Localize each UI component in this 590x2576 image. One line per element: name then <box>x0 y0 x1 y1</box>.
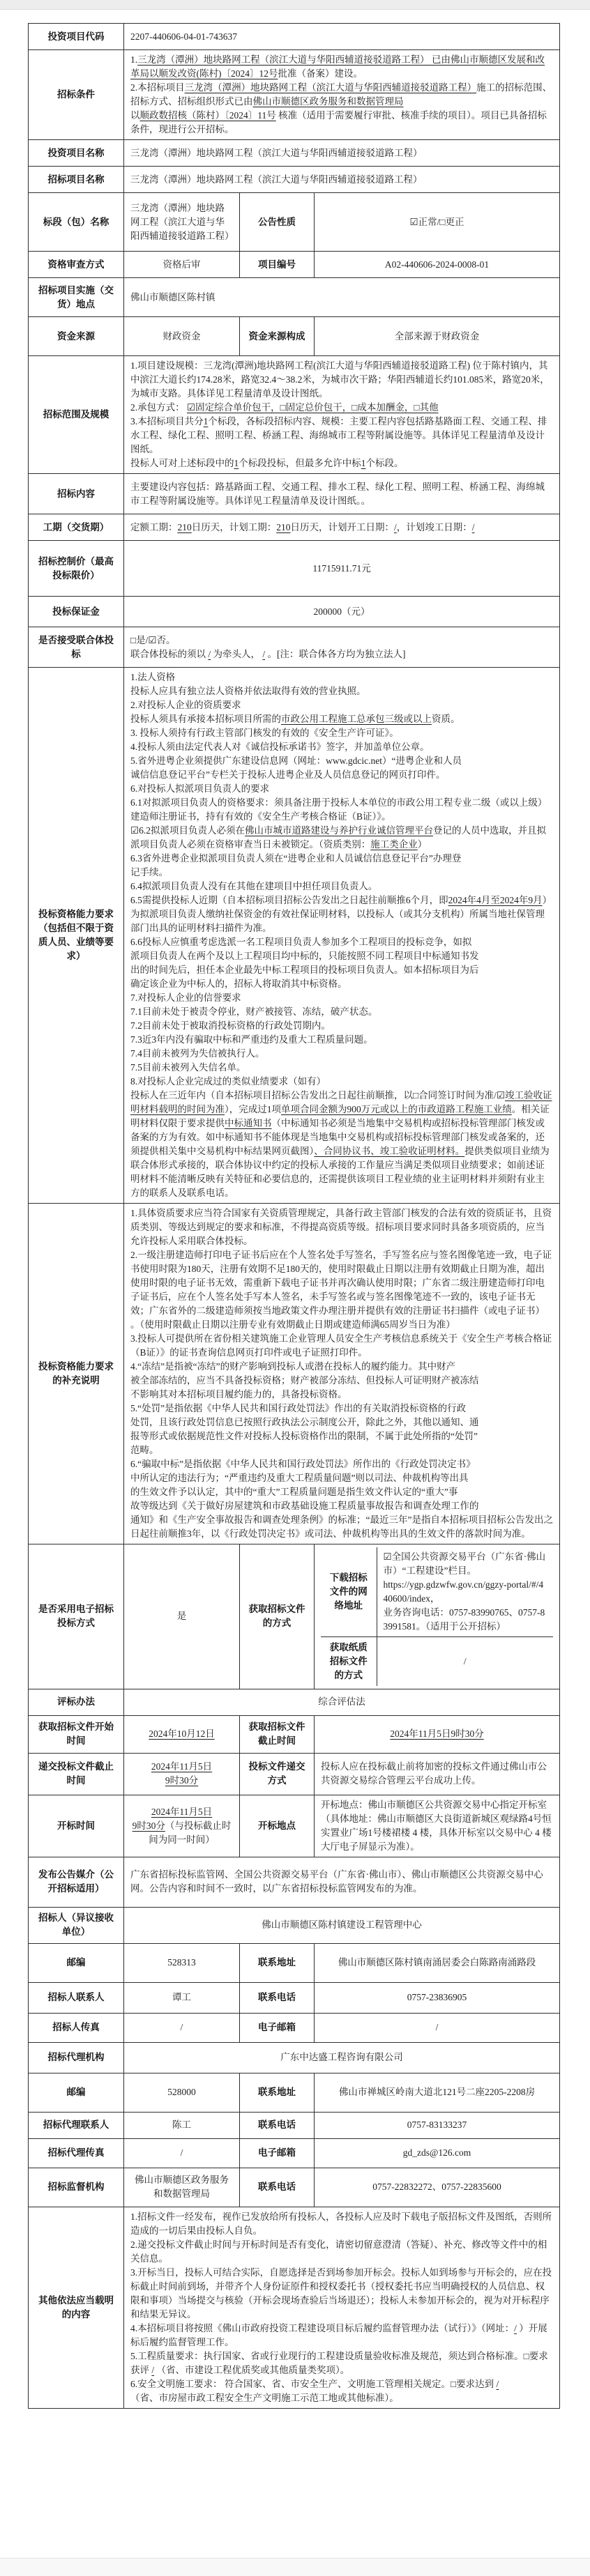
nested-table: 下载招标文件的网络地址☑全国公共资源交易平台（广东省·佛山市）“工程建设”栏目。… <box>321 1547 553 1686</box>
text-segment: 广东省招标投标监管网、全国公共资源交易平台（广东省·佛山市）、佛山市顺德区公共资… <box>130 1869 543 1894</box>
text-segment: 业务咨询电话：0757-83990765、0757-83991581。（适用于公… <box>384 1607 545 1632</box>
row-value: 谭工 <box>124 1982 240 2013</box>
row-label: 项目编号 <box>240 252 315 278</box>
paragraph: 不影响其对本招标项目履约能力的，具备投标资格。 <box>130 1388 553 1402</box>
text-segment: 派项目负责人在两个及以上工程项目均中标的，只能按照不同工程项目中标通知书发 <box>130 951 479 961</box>
label-text: 招标代理联系人 <box>43 2119 109 2130</box>
text-segment: ☑6.2拟派项目负责人必须在 <box>130 825 245 836</box>
text-segment: 佛山市顺德区陈村镇南涌居委会白陈路南涌路段 <box>338 1957 536 1968</box>
paragraph: 528000 <box>130 2085 233 2099</box>
row-label: 评标办法 <box>29 1689 124 1715</box>
table-row-tenderer-contact: 招标人联系人谭工联系电话0757-23836905 <box>29 1982 560 2013</box>
row-label: 招标人（异议接收单位） <box>29 1907 124 1943</box>
underlined-text-segment: 中标通知书 <box>225 1118 272 1128</box>
row-label: 开标地点 <box>240 1795 315 1857</box>
underlined-text-segment: 9时30分 <box>133 1820 165 1831</box>
underlined-text-segment: 佛山市城市道路建设与养护行业诚信管理平台 <box>245 825 433 836</box>
paragraph: 确定该企业为中标人的，招标人将取消其中标资格。 <box>130 977 553 991</box>
text-segment: 投标人须具有承接本招标项目所需的 <box>130 714 281 724</box>
table-row-tender-control-price: 招标控制价（最高投标限价）11715911.71元 <box>29 541 560 597</box>
paragraph: 4.“冻结”是指被“冻结”的财产影响到投标人或潜在投标人的履约能力。其中财产 <box>130 1360 553 1374</box>
text-segment: 故等级达到《关于做好房屋建筑和市政基础设施工程质量事故报告和调查处理工作的 <box>130 1501 479 1511</box>
underlined-text-segment: 2024年10月12日 <box>149 1728 215 1739</box>
row-label: 招标监督机构 <box>29 2168 124 2207</box>
text-segment: 8.对投标人企业完成过的类似业绩要求（如有） <box>130 1076 326 1087</box>
text-segment: 开标地点：佛山市顺德区公共资源交易中心指定开标室（具体地址：佛山市顺德区大良街道… <box>321 1800 552 1852</box>
row-value: 开标地点：佛山市顺德区公共资源交易中心指定开标室（具体地址：佛山市顺德区大良街道… <box>315 1795 560 1857</box>
paragraph: 2.承包方式： ☑固定综合单价包干，□固定总价包干，□成本加酬金，□其他 <box>130 401 553 415</box>
underlined-text-segment: / <box>497 2379 499 2389</box>
paragraph: 故等级达到《关于做好房屋建筑和市政基础设施工程质量事故报告和调查处理工作的 <box>130 1499 553 1513</box>
label-text: 招标人联系人 <box>48 1992 105 2002</box>
paragraph: 5.工程质量要求：执行国家、省或行业现行的工程建设质量验收标准及规范，须达到合格… <box>130 2349 553 2377</box>
text-segment: 个标段投标，但最多允许中标 <box>239 458 361 468</box>
paragraph: 业务咨询电话：0757-83990765、0757-83991581。（适用于公… <box>384 1606 547 1634</box>
paragraph: 3. 投标人须持有行政主管部门核发的有效的《安全生产许可证》。 <box>130 726 553 740</box>
paragraph: 诚信信息登记平台”专栏关于投标人进粤企业及人员信息登记的网页打印件。 <box>130 768 553 782</box>
text-segment: 主要建设内容包括：路基路面工程、交通工程、排水工程、绿化工程、照明工程、桥涵工程… <box>130 482 545 506</box>
paragraph: 11715911.71元 <box>130 562 553 576</box>
row-label: 联系地址 <box>240 1943 315 1982</box>
table-row-qualification-review-method: 资格审查方式资格后审项目编号A02-440606-2024-0008-01 <box>29 252 560 278</box>
text-segment: 全部来源于财政资金 <box>395 331 480 342</box>
paragraph: 7.4目前未被列为失信被执行人。 <box>130 1047 553 1061</box>
paragraph: 2024年11月5日 <box>130 1760 233 1774</box>
row-label: 招标内容 <box>29 474 124 514</box>
row-label: 联系电话 <box>240 2112 315 2138</box>
text-segment: 1.法人资格 <box>130 672 175 682</box>
underlined-text-segment: 210 <box>178 522 192 532</box>
nested-row: 获取纸质招标文件的方式/ <box>321 1637 553 1686</box>
underlined-text-segment: 顺政数招核（陈村）〔2024〕11号 <box>140 110 276 121</box>
table-row-tender-agency: 招标代理机构广东中达盛工程咨询有限公司 <box>29 2042 560 2073</box>
text-segment: 3. 投标人须持有行政主管部门核发的有效的《安全生产许可证》。 <box>130 728 399 738</box>
table-row-tenderer-fax: 招标人传真/电子邮箱/ <box>29 2013 560 2042</box>
table-row-tender-project-name: 招标项目名称三龙湾（潭洲）地块路网工程（滨江大道与华阳西辅道接驳道路工程） <box>29 167 560 193</box>
text-segment: 1. <box>130 54 137 65</box>
row-value: 1.三龙湾（潭洲）地块路网工程（滨江大道与华阳西辅道接驳道路工程） 已由佛山市顺… <box>124 50 560 140</box>
text-segment: 三龙湾（潭洲）地块路网工程（滨江大道与华阳西辅道接驳道路工程） <box>130 148 423 158</box>
text-segment: 6.6投标人应慎重考虑选派一名工程项目负责人参加多个工程项目的投标竞争，如拟 <box>130 937 471 947</box>
tender-announcement-page: 投资项目代码2207-440606-04-01-743637招标条件1.三龙湾（… <box>0 0 590 2576</box>
row-value: 0757-83133237 <box>315 2112 560 2138</box>
paragraph: 3.投标人可提供所在省份相关建筑施工企业管理人员安全生产考核信息系统关于《安全生… <box>130 1332 553 1360</box>
table-row-tenderer: 招标人（异议接收单位）佛山市顺德区陈村镇建设工程管理中心 <box>29 1907 560 1943</box>
text-segment: 3.本招标项目共分 <box>130 416 204 427</box>
text-segment: 2.本招标项目 <box>130 82 185 93</box>
paragraph: 派项目负责人在两个及以上工程项目均中标的，只能按照不同工程项目中标通知书发 <box>130 949 553 963</box>
text-segment: 11715911.71元 <box>312 563 370 574</box>
label-text: 招标代理机构 <box>48 2052 105 2062</box>
paragraph: 6.对投标人拟派项目负责人的要求 <box>130 782 553 796</box>
table-row-tender-scope-scale: 招标范围及规模1.项目建设规模：三龙湾(潭洲)地块路网工程(滨江大道与华阳西辅道… <box>29 356 560 474</box>
text-segment: 个标段。 <box>366 458 404 468</box>
text-segment: 以 <box>130 110 140 121</box>
row-label: 招标人联系人 <box>29 1982 124 2013</box>
row-label: 投资项目名称 <box>29 140 124 167</box>
text-segment: ），完成过1项 <box>225 1104 281 1114</box>
table-row-section-package-name: 标段（包）名称三龙湾（潭洲）地块路网工程（滨江大道与华阳西辅道接驳道路工程）公告… <box>29 193 560 252</box>
paragraph: 2.本招标项目三龙湾（潭洲）地块路网工程（滨江大道与华阳西辅道接驳道路工程）施工… <box>130 81 553 109</box>
row-value: 广东省招标投标监管网、全国公共资源交易平台（广东省·佛山市）、佛山市顺德区公共资… <box>124 1857 560 1907</box>
row-value: 528313 <box>124 1943 240 1982</box>
row-label: 资格审查方式 <box>29 252 124 278</box>
text-segment: 日历天，计划工期： <box>192 522 277 532</box>
text-segment: 5.“处罚”是指依据《中华人民共和国行政处罚法》作出的有关取消投标资格的行政 <box>130 1403 466 1413</box>
text-segment: 1.项目建设规模：三龙湾(潭洲)地块路网工程(滨江大道与华阳西辅道接驳道路工程)… <box>130 360 550 399</box>
underlined-text-segment: 、合同协议书、竣工验收证明材料。 <box>314 1146 464 1156</box>
paragraph: 6.4拟派项目负责人没有在其他在建项目中担任项目负责人。 <box>130 880 553 894</box>
row-value: 11715911.71元 <box>124 541 560 597</box>
label-text: 资金来源 <box>57 331 95 342</box>
label-text: 电子邮箱 <box>258 2022 296 2032</box>
text-segment: 的生效文件予以认定，其中的“重大”工程质量问题是指生效文件认定的“重大”事 <box>130 1487 457 1497</box>
row-label: 标段（包）名称 <box>29 193 124 252</box>
paragraph: 三龙湾（潭洲）地块路网工程（滨江大道与华阳西辅道接驳道路工程） <box>130 201 233 243</box>
paragraph: 联合体投标的须以 / 为牵头人， / 。[注：联合体各方均为独立法人] <box>130 647 553 661</box>
text-segment: 佛山市顺德区陈村镇 <box>130 292 215 302</box>
paragraph: 中所认定的违法行为；“严重违约及重大工程质量问题”则以司法、仲裁机构等出具 <box>130 1471 553 1485</box>
underlined-text-segment: / <box>472 522 475 532</box>
paragraph: 处罚，且该行政处罚信息已按照行政执法公示制度公开，除此之外，其他以通知、通 <box>130 1416 553 1429</box>
underlined-text-segment: 佛山市顺德区政务服务和数据管理局 <box>253 96 404 107</box>
text-segment: 5.省外进粤企业须提供广东建设信息网（网址：www.gdcic.net）“进粤企… <box>130 756 462 766</box>
paragraph: 0757-83133237 <box>321 2118 553 2132</box>
sub-row-value: / <box>377 1637 553 1686</box>
paragraph: 佛山市顺德区陈村镇南涌居委会白陈路南涌路段 <box>321 1956 553 1970</box>
row-label: 发布公告媒介（公开招标适用） <box>29 1857 124 1907</box>
row-value: 综合评估法 <box>124 1689 560 1715</box>
text-segment: 佛山市顺德区政务服务和数据管理局 <box>135 2175 229 2199</box>
text-segment: 是 <box>177 1611 187 1621</box>
underlined-text-segment: 三龙湾（潭洲）地块路网工程（滨江大道与华阳西辅道接驳道路工程） <box>185 82 477 93</box>
row-value: 0757-22832272、0757-22835600 <box>315 2168 560 2207</box>
text-segment: 1.招标文件一经发布，视作已发放给所有投标人，各投标人应及时下载电子版招标文件及… <box>130 2211 552 2236</box>
row-label: 联系电话 <box>240 2168 315 2207</box>
row-label: 招标项目名称 <box>29 167 124 193</box>
paragraph: 7.对投标人企业的信誉要求 <box>130 991 553 1005</box>
row-label: 招标项目实施（交货）地点 <box>29 278 124 317</box>
paragraph: 佛山市禅城区岭南大道北121号二座2205-2208房 <box>321 2085 553 2099</box>
paragraph: 广东中达盛工程咨询有限公司 <box>130 2050 553 2064</box>
label-text: 邮编 <box>67 1957 86 1968</box>
text-segment: 投标人在三近年内（自本招标项目招标公告发出之日起往前顺推，以□合同签订时间为准/… <box>130 1090 505 1101</box>
label-text: 招标范围及规模 <box>43 409 109 420</box>
text-segment: 确定该企业为中标人的，招标人将取消其中标资格。 <box>130 979 347 989</box>
label-text: 其他依法应当载明的内容 <box>38 2295 114 2320</box>
row-label: 招标范围及规模 <box>29 356 124 474</box>
text-segment: 联合体投标的须以 <box>130 649 208 659</box>
text-segment: 投标人可对上述标段中的 <box>130 458 234 468</box>
paragraph: 以顺政数招核（陈村）〔2024〕11号 核准（适用于需要履行审批、核准手续的项目… <box>130 109 553 137</box>
text-segment: 6.5需提供投标人近期（自本招标项目招标公告发出之日起往前顺推6个月，即 <box>130 895 448 905</box>
row-value: / <box>124 2138 240 2168</box>
paragraph: 7.2目前未处于被取消投标资格的行政处罚期内。 <box>130 1019 553 1033</box>
label-text: 招标监督机构 <box>48 2182 105 2192</box>
text-segment: 6.1对拟派项目负责人的资格要求：须具备注册于投标人本单位的市政公用工程专业二级… <box>130 797 547 822</box>
paragraph: / <box>130 2021 233 2034</box>
label-text: 投标资格能力要求的补充说明 <box>38 1361 114 1386</box>
text-segment: 528313 <box>167 1957 196 1968</box>
row-label: 邮编 <box>29 2073 124 2112</box>
paragraph: / <box>384 1655 547 1669</box>
text-segment: 谭工 <box>172 1992 191 2002</box>
paragraph: 综合评估法 <box>130 1695 553 1709</box>
paragraph: 全部来源于财政资金 <box>321 330 553 344</box>
row-value: 2024年11月5日9时30分 <box>315 1715 560 1753</box>
row-value: □是/☑否。联合体投标的须以 / 为牵头人， / 。[注：联合体各方均为独立法人… <box>124 627 560 668</box>
table-row-qualification-supplementary-notes: 投标资格能力要求的补充说明1.具体资质要求应当符合国家有关资质管理规定，具备行政… <box>29 1204 560 1544</box>
paragraph: 广东省招标投标监管网、全国公共资源交易平台（广东省·佛山市）、佛山市顺德区公共资… <box>130 1868 553 1896</box>
text-segment: 2207-440606-04-01-743637 <box>130 31 237 42</box>
paragraph: 7.5目前未被列入失信名单。 <box>130 1061 553 1075</box>
paragraph: 2024年11月5日9时30分 <box>321 1727 553 1741</box>
paragraph: 8.对投标人企业完成过的类似业绩要求（如有） <box>130 1075 553 1089</box>
underlined-text-segment: 1 <box>361 458 366 468</box>
label-text: 获取招标文件截止时间 <box>249 1722 305 1746</box>
table-row-agency-contact: 招标代理联系人陈工联系电话0757-83133237 <box>29 2112 560 2138</box>
table-row-delivery-location: 招标项目实施（交货）地点佛山市顺德区陈村镇 <box>29 278 560 317</box>
paragraph: 9时30分（与投标截止时间为同一时间） <box>130 1819 233 1847</box>
row-label: 获取招标文件开始时间 <box>29 1715 124 1753</box>
text-segment: 被全部冻结的，应当不具备投标资格；财产被部分冻结、但投标人可证明财产被冻结 <box>130 1375 479 1386</box>
paragraph: 6.3省外进粤企业拟派项目负责人须在“进粤企业和人员诚信信息登记平台”办理登 <box>130 852 553 866</box>
label-text: 招标条件 <box>57 89 95 100</box>
project-number: A02-440606-2024-0008-01 <box>315 252 560 278</box>
row-value: 资格后审 <box>124 252 240 278</box>
paragraph: 谭工 <box>130 1991 233 2004</box>
paragraph: A02-440606-2024-0008-01 <box>321 258 553 272</box>
text-segment: 2.对投标人企业的资质要求 <box>130 700 241 710</box>
paragraph: 2024年10月12日 <box>130 1727 233 1741</box>
text-segment: / <box>464 1656 467 1666</box>
label-text: 递交投标文件截止时间 <box>38 1761 114 1786</box>
row-label: 联系电话 <box>240 1982 315 2013</box>
sub-row-label: 下载招标文件的网络地址 <box>321 1547 377 1637</box>
label-text: 招标人传真 <box>52 2022 100 2032</box>
paragraph: 主要建设内容包括：路基路面工程、交通工程、排水工程、绿化工程、照明工程、桥涵工程… <box>130 480 553 508</box>
label-text: 标段（包）名称 <box>43 217 109 227</box>
table-row-bidder-qualification-requirements: 投标资格能力要求（包括但不限于资质人员、业绩等要求）1.法人资格投标人应具有独立… <box>29 668 560 1204</box>
label-text: 招标项目实施（交货）地点 <box>38 285 114 309</box>
label-text: 开标地点 <box>258 1820 296 1831</box>
text-segment: 陈工 <box>172 2119 191 2130</box>
row-label: 联系地址 <box>240 2073 315 2112</box>
row-label: 投标资格能力要求的补充说明 <box>29 1204 124 1544</box>
text-segment: 佛山市顺德区陈村镇建设工程管理中心 <box>262 1919 422 1930</box>
row-value: 全部来源于财政资金 <box>315 317 560 356</box>
label-text: 招标项目名称 <box>48 174 105 185</box>
underlined-text-segment: 2024年11月5日 <box>151 1761 212 1772</box>
label-text: 邮编 <box>67 2087 86 2097</box>
paragraph: ☑6.2拟派项目负责人必须在佛山市城市道路建设与养护行业诚信管理平台登记的人员中… <box>130 824 553 852</box>
table-row-other-required-content: 其他依法应当载明的内容1.招标文件一经发布，视作已发放给所有投标人，各投标人应及… <box>29 2207 560 2408</box>
label-text: 投资项目代码 <box>48 31 105 42</box>
row-value: 三龙湾（潭洲）地块路网工程（滨江大道与华阳西辅道接驳道路工程） <box>124 193 240 252</box>
label-text: 获取纸质招标文件的方式 <box>330 1642 368 1680</box>
text-segment: 。[注：联合体各方均为独立法人] <box>265 649 405 659</box>
text-segment: ☑正常/□更正 <box>410 217 464 227</box>
paragraph: 通知》和《生产安全事故报告和调查处理条例》的标准；“最近三年”是指自本招标项目招… <box>130 1513 553 1541</box>
table-row-funding-source: 资金来源财政资金资金来源构成全部来源于财政资金 <box>29 317 560 356</box>
paragraph: 6.6投标人应慎重考虑选派一名工程项目负责人参加多个工程项目的投标竞争，如拟 <box>130 935 553 949</box>
table-row-tender-conditions: 招标条件1.三龙湾（潭洲）地块路网工程（滨江大道与华阳西辅道接驳道路工程） 已由… <box>29 50 560 140</box>
label-text: 投标资格能力要求（包括但不限于资质人员、业绩等要求） <box>38 909 114 961</box>
text-segment: 通知》和《生产安全事故报告和调查处理条例》的标准；“最近三年”是指自本招标项目招… <box>130 1515 553 1539</box>
paragraph: 资格后审 <box>130 258 233 272</box>
row-value: 200000（元） <box>124 597 560 627</box>
row-value: 广东中达盛工程咨询有限公司 <box>124 2042 560 2073</box>
row-label: 邮编 <box>29 1943 124 1982</box>
text-segment: 报等形式或依据规范性文件对投标人投标资格作出的限制，不属于此处所指的“处罚” <box>130 1431 478 1441</box>
underlined-text-segment: 单项合同金额为900万元或以上的市政道路工程施工业绩 <box>281 1104 512 1114</box>
paragraph: 0757-23836905 <box>321 1991 553 2004</box>
paragraph: 2024年11月5日 <box>130 1805 233 1819</box>
row-value: 佛山市顺德区陈村镇 <box>124 278 560 317</box>
text-segment: 资质。 <box>432 714 460 724</box>
text-segment: 综合评估法 <box>318 1696 365 1707</box>
row-value: 1.具体资质要求应当符合国家有关资质管理规定，具备行政主管部门核发的合法有效的资… <box>124 1204 560 1544</box>
text-segment: gd_zds@126.com <box>403 2147 471 2158</box>
paragraph: 1.项目建设规模：三龙湾(潭洲)地块路网工程(滨江大道与华阳西辅道接驳道路工程)… <box>130 359 553 401</box>
paragraph: 投标人应在投标截止前将加密的投标文件通过佛山市公共资源交易综合管理云平台成功上传… <box>321 1760 553 1788</box>
underlined-text-segment: 210 <box>276 522 290 532</box>
table-row-bid-bond: 投标保证金200000（元） <box>29 597 560 627</box>
sub-row-label: 获取纸质招标文件的方式 <box>321 1637 377 1686</box>
text-segment: 0757-83133237 <box>407 2119 467 2130</box>
label-text: 获取招标文件开始时间 <box>38 1722 114 1746</box>
paragraph: 4.本招标项目将按照《佛山市政府投资工程建设项目标后履约监督管理办法（试行）》（… <box>130 2322 553 2349</box>
bottom-page-band <box>0 2558 590 2576</box>
paragraph: 1.三龙湾（潭洲）地块路网工程（滨江大道与华阳西辅道接驳道路工程） 已由佛山市顺… <box>130 53 553 81</box>
text-segment: / <box>436 2022 439 2032</box>
label-text: 是否采用电子招标投标方式 <box>38 1604 114 1628</box>
text-segment: 0757-22832272、0757-22835600 <box>372 2182 501 2192</box>
text-segment: 三龙湾（潭洲）地块路网工程（滨江大道与华阳西辅道接驳道路工程） <box>130 203 234 241</box>
label-text: 招标人（异议接收单位） <box>38 1912 114 1937</box>
label-text: 下载招标文件的网络地址 <box>330 1572 368 1611</box>
paragraph: 5.省外进粤企业须提供广东建设信息网（网址：www.gdcic.net）“进粤企… <box>130 754 553 768</box>
text-segment: □是/☑否。 <box>130 635 176 645</box>
row-value: 2024年11月5日9时30分 <box>124 1753 240 1795</box>
row-value: / <box>124 2013 240 2042</box>
text-segment: 3.投标人可提供所在省份相关建筑施工企业管理人员安全生产考核信息系统关于《安全生… <box>130 1333 552 1358</box>
row-value: 是 <box>124 1544 240 1689</box>
row-label: 其他依法应当载明的内容 <box>29 2207 124 2408</box>
paragraph: 5.“处罚”是指依据《中华人民共和国行政处罚法》作出的有关取消投标资格的行政 <box>130 1402 553 1416</box>
paragraph: 3.本招标项目共分1个标段，各标段招标内容、规模：主要工程内容包括路基路面工程、… <box>130 415 553 457</box>
paragraph: 1.招标文件一经发布，视作已发放给所有投标人，各投标人应及时下载电子版招标文件及… <box>130 2210 553 2238</box>
table-row-investment-project-code: 投资项目代码2207-440606-04-01-743637 <box>29 24 560 50</box>
label-text: 工期（交货期） <box>43 522 109 532</box>
row-value: 三龙湾（潭洲）地块路网工程（滨江大道与华阳西辅道接驳道路工程） <box>124 140 560 167</box>
text-segment: 3.开标当日，投标人可结合实际，自愿选择是否到场参加开标会。投标人如到场参与开标… <box>130 2267 552 2320</box>
row-value: 1.法人资格投标人应具有独立法人资格并依法取得有效的营业执照。2.对投标人企业的… <box>124 668 560 1204</box>
paragraph: ☑正常/□更正 <box>321 215 553 229</box>
paragraph: 1.法人资格 <box>130 670 553 684</box>
row-value: / <box>315 2013 560 2042</box>
row-value: 2207-440606-04-01-743637 <box>124 24 560 50</box>
text-segment: 中所认定的违法行为；“严重违约及重大工程质量问题”则以司法、仲裁机构等出具 <box>130 1473 468 1483</box>
text-segment: 定额工期： <box>130 522 178 532</box>
paragraph: 出的时间先后，担任本企业最先中标工程项目的投标项目负责人。如本招标项目为后 <box>130 963 553 977</box>
row-value: 2024年11月5日9时30分（与投标截止时间为同一时间） <box>124 1795 240 1857</box>
text-segment: 诚信信息登记平台”专栏关于投标人进粤企业及人员信息登记的网页打印件。 <box>130 769 446 780</box>
text-segment: 佛山市禅城区岭南大道北121号二座2205-2208房 <box>339 2087 535 2097</box>
paragraph: 是 <box>130 1609 233 1623</box>
table-row-electronic-bidding: 是否采用电子招标投标方式是获取招标文件的方式下载招标文件的网络地址☑全国公共资源… <box>29 1544 560 1689</box>
row-label: 招标条件 <box>29 50 124 140</box>
paragraph: 开标地点：佛山市顺德区公共资源交易中心指定开标室（具体地址：佛山市顺德区大良街道… <box>321 1798 553 1854</box>
paragraph: 7.1目前未处于被责令停业，财产被接管、冻结，破产状态。 <box>130 1005 553 1019</box>
label-text: 项目编号 <box>258 259 296 270</box>
text-segment: 记手续。 <box>130 867 168 877</box>
row-value: 三龙湾（潭洲）地块路网工程（滨江大道与华阳西辅道接驳道路工程） <box>124 167 560 193</box>
underlined-text-segment: 市政公用工程施工总承包三级或以上 <box>281 714 432 724</box>
paragraph: 6.1对拟派项目负责人的资格要求：须具备注册于投标人本单位的市政公用工程专业二级… <box>130 796 553 824</box>
paragraph: gd_zds@126.com <box>321 2146 553 2160</box>
underlined-text-segment: 9时30分 <box>165 1775 198 1786</box>
paragraph: 范畴。 <box>130 1443 553 1457</box>
text-segment: 7.对投标人企业的信誉要求 <box>130 992 241 1003</box>
paragraph: 陈工 <box>130 2118 233 2132</box>
row-value: 佛山市禅城区岭南大道北121号二座2205-2208房 <box>315 2073 560 2112</box>
label-text: 是否接受联合体投标 <box>38 635 114 659</box>
paragraph: 6.5需提供投标人近期（自本招标项目招标公告发出之日起往前顺推6个月，即2024… <box>130 894 553 935</box>
row-value: 佛山市顺德区政务服务和数据管理局 <box>124 2168 240 2207</box>
table-row-bid-opening: 开标时间2024年11月5日9时30分（与投标截止时间为同一时间）开标地点开标地… <box>29 1795 560 1857</box>
row-label: 招标代理联系人 <box>29 2112 124 2138</box>
paragraph: 三龙湾（潭洲）地块路网工程（滨江大道与华阳西辅道接驳道路工程） <box>130 146 553 160</box>
label-text: 投资项目名称 <box>48 148 105 158</box>
text-segment: ） <box>418 839 428 850</box>
text-segment: 6.安全文明施工要求： 符合国家、省、市安全生产、文明施工管理相关规定。□要求达… <box>130 2379 497 2389</box>
table-row-announcement-media: 发布公告媒介（公开招标适用）广东省招标投标监管网、全国公共资源交易平台（广东省·… <box>29 1857 560 1907</box>
row-label: 工期（交货期） <box>29 514 124 541</box>
text-segment: 资格后审 <box>163 259 201 270</box>
label-text: 获取招标文件的方式 <box>249 1604 305 1628</box>
text-segment: （省、市房屋市政工程安全生产文明施工示范工地或其他标准）。 <box>130 2393 399 2403</box>
text-segment: 6.“骗取中标”是指依据《中华人民共和国行政处罚法》所作出的《行政处罚决定书》 <box>130 1459 476 1469</box>
paragraph: ☑全国公共资源交易平台（广东省·佛山市）“工程建设”栏目。 <box>384 1550 547 1578</box>
label-text: 招标内容 <box>57 489 95 499</box>
table-row-construction-period: 工期（交货期）定额工期：210日历天，计划工期：210日历天，计划开工日期：/，… <box>29 514 560 541</box>
text-segment: 2.承包方式： <box>130 402 187 413</box>
text-segment: 7.1目前未处于被责令停业，财产被接管、冻结，破产状态。 <box>130 1006 377 1017</box>
paragraph: 0757-22832272、0757-22835600 <box>321 2180 553 2194</box>
row-value: 2024年10月12日 <box>124 1715 240 1753</box>
underlined-text-segment: 2024年11月5日9时30分 <box>390 1728 484 1739</box>
text-segment: 7.4目前未被列为失信被执行人。 <box>130 1048 264 1059</box>
row-value: 528000 <box>124 2073 240 2112</box>
text-segment: 7.3近3年内没有骗取中标和严重违约及重大工程质量问题。 <box>130 1034 373 1045</box>
paragraph: 4.投标人须由法定代表人对《诚信投标承诺书》签字，并加盖单位公章。 <box>130 740 553 754</box>
row-value: 陈工 <box>124 2112 240 2138</box>
text-segment: 6.4拟派项目负责人没有在其他在建项目中担任项目负责人。 <box>130 881 377 891</box>
text-segment: 6.3省外进粤企业拟派项目负责人须在“进粤企业和人员诚信信息登记平台”办理登 <box>130 853 461 864</box>
label-text: 评标办法 <box>57 1696 95 1707</box>
row-label: 是否接受联合体投标 <box>29 627 124 668</box>
paragraph: https://ygp.gdzwfw.gov.cn/ggzy-portal/#/… <box>384 1578 547 1606</box>
paragraph: 被全部冻结的，应当不具备投标资格；财产被部分冻结、但投标人可证明财产被冻结 <box>130 1374 553 1388</box>
paragraph: 2207-440606-04-01-743637 <box>130 30 553 44</box>
text-segment: 4.本招标项目将按照《佛山市政府投资工程建设项目标后履约监督管理办法（试行）》（… <box>130 2323 514 2333</box>
row-value: 财政资金 <box>124 317 240 356</box>
label-text: 资格审查方式 <box>48 259 105 270</box>
text-segment: 2.递交投标文件截止时间与开标时间是否有变化，请密切留意澄清（答疑）、补充、修改… <box>130 2239 547 2264</box>
row-label: 招标代理机构 <box>29 2042 124 2073</box>
label-text: 投标保证金 <box>52 606 100 617</box>
